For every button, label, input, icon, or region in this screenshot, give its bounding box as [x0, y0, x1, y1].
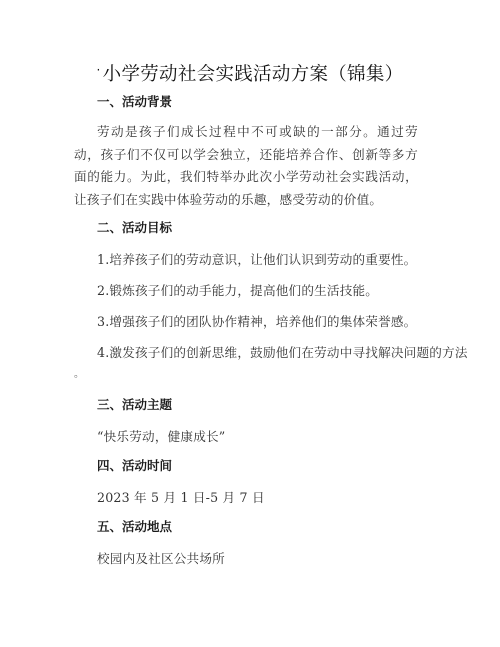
document-title: ·小学劳动社会实践活动方案（锦集）: [0, 60, 500, 86]
section-heading-background: 一、活动背景: [97, 92, 172, 110]
goal-item-1: 1.培养孩子们的劳动意识，让他们认识到劳动的重要性。: [97, 249, 416, 268]
goal-item-3: 3.增强孩子们的团队协作精神，培养他们的集体荣誉感。: [97, 311, 416, 330]
goal-item-4: 4.激发孩子们的创新思维，鼓励他们在劳动中寻找解决问题的方法: [97, 342, 468, 361]
section-heading-time: 四、活动时间: [97, 456, 172, 474]
section-heading-location: 五、活动地点: [97, 517, 172, 535]
title-marker: ·: [97, 63, 101, 77]
title-text: 小学劳动社会实践活动方案（锦集）: [103, 64, 404, 85]
background-paragraph: 劳动是孩子们成长过程中不可或缺的一部分。通过劳动，孩子们不仅可以学会独立，还能培…: [74, 121, 418, 211]
document-page: ·小学劳动社会实践活动方案（锦集） 一、活动背景 劳动是孩子们成长过程中不可或缺…: [0, 0, 500, 647]
time-text: 2023 年 5 月 1 日-5 月 7 日: [97, 487, 265, 506]
goal-item-4-tail: 。: [74, 365, 84, 380]
theme-text: “快乐劳动，健康成长”: [97, 426, 225, 445]
location-text: 校园内及社区公共场所: [97, 548, 225, 567]
goal-item-2: 2.锻炼孩子们的动手能力，提高他们的生活技能。: [97, 280, 378, 299]
section-heading-theme: 三、活动主题: [97, 395, 172, 413]
section-heading-goals: 二、活动目标: [97, 218, 172, 236]
